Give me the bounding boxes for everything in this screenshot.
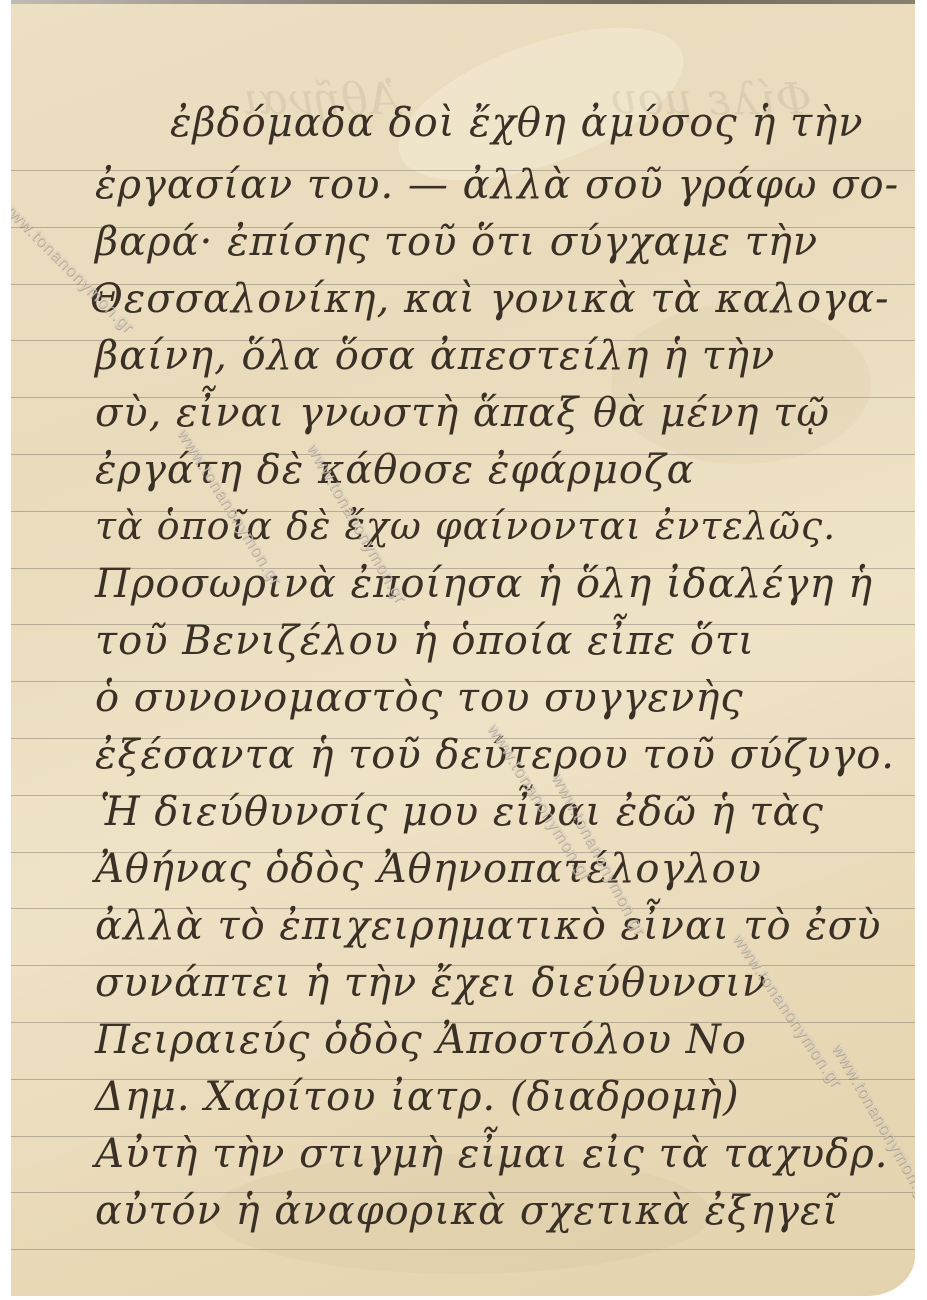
handwritten-line: ἐργασίαν του. — ἀλλὰ σοῦ γράφω σο- bbox=[95, 162, 899, 208]
handwritten-line: βαίνη, ὅλα ὅσα ἀπεστείλη ἡ τὴν bbox=[95, 333, 775, 379]
paper-stain bbox=[611, 304, 871, 464]
letter-page: Ἀθῆναι Φίλε μου ἐβδόμαδα δοὶ ἔχθη ἀμύσος… bbox=[11, 4, 915, 1296]
handwritten-line: βαρά· ἐπίσης τοῦ ὅτι σύγχαμε τὴν bbox=[95, 219, 818, 265]
handwritten-line: ἐβδόμαδα δοὶ ἔχθη ἀμύσος ἡ τὴν bbox=[170, 100, 864, 146]
handwritten-line: ἐργάτη δὲ κάθοσε ἐφάρμοζα bbox=[95, 447, 695, 493]
watermark-text: www.tonanonymon.gr bbox=[828, 1040, 915, 1207]
handwritten-line: τοῦ Βενιζέλου ἡ ὁποία εἶπε ὅτι bbox=[95, 618, 755, 664]
handwritten-line: Δημ. Χαρίτου ἰατρ. (διαδρομὴ) bbox=[95, 1074, 740, 1120]
handwritten-line: τὰ ὁποῖα δὲ ἔχω φαίνονται ἐντελῶς. bbox=[95, 504, 836, 548]
handwritten-line: Αὐτὴ τὴν στιγμὴ εἶμαι εἰς τὰ ταχυδρ. bbox=[95, 1131, 889, 1177]
watermark-text: www.tonanonymon.gr bbox=[728, 930, 846, 1092]
ruled-line bbox=[11, 1249, 915, 1250]
handwritten-line: Ἡ διεύθυνσίς μου εἶναι ἐδῶ ἡ τὰς bbox=[100, 789, 824, 835]
handwritten-line: σὺ, εἶναι γνωστὴ ἅπαξ θὰ μένη τῷ bbox=[95, 390, 830, 436]
handwritten-line: ἀλλὰ τὸ ἐπιχειρηματικὸ εἶναι τὸ ἐσὺ bbox=[95, 903, 881, 949]
handwritten-line: Προσωρινὰ ἐποίησα ἡ ὅλη ἰδαλέγη ἡ bbox=[95, 561, 873, 607]
handwritten-line: ὁ συνονομαστὸς του συγγενὴς bbox=[95, 675, 744, 721]
handwritten-line: ἐξέσαντα ἡ τοῦ δεύτερου τοῦ σύζυγο. bbox=[95, 732, 895, 778]
handwritten-line: συνάπτει ἡ τὴν ἔχει διεύθυνσιν bbox=[95, 960, 767, 1006]
handwritten-line: Θεσσαλονίκη, καὶ γονικὰ τὰ καλογα- bbox=[90, 276, 890, 322]
handwritten-line: Ἀθήνας ὁδὸς Ἀθηνοπατέλογλου bbox=[95, 846, 762, 892]
handwritten-line: αὐτόν ἡ ἀναφορικὰ σχετικὰ ἐξηγεῖ bbox=[95, 1188, 839, 1234]
handwritten-line: Πειραιεύς ὁδὸς Ἀποστόλου Νο bbox=[95, 1017, 747, 1063]
